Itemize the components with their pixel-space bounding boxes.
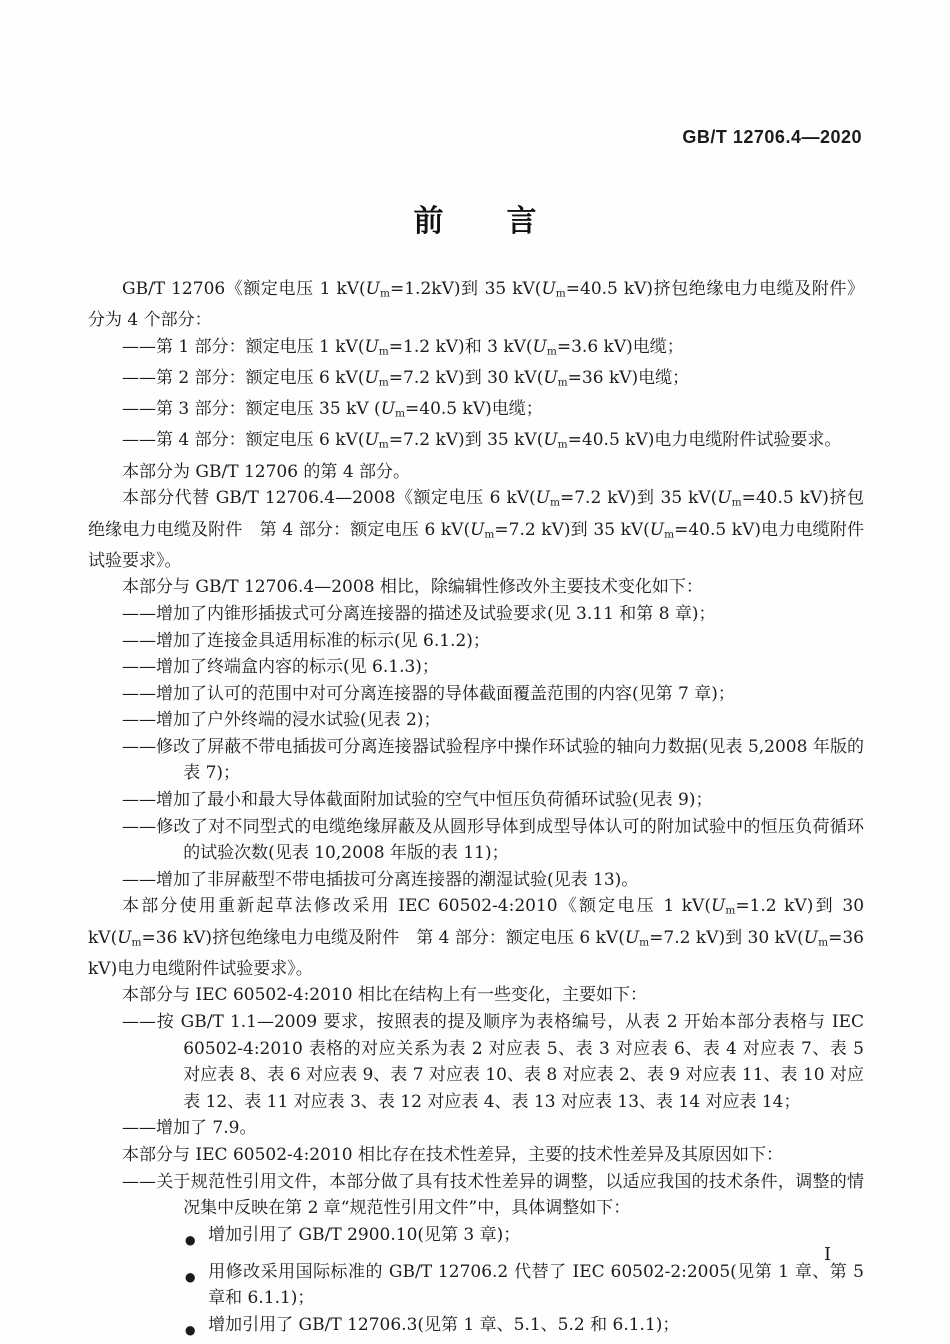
page-title-text: 前言 — [414, 196, 600, 240]
bullet-item-text: 增加引用了 GB/T 12706.3(见第 1 章、5.1、5.2 和 6.1.… — [208, 1312, 864, 1344]
paragraph: ——第 4 部分：额定电压 6 kV(Um=7.2 kV)到 35 kV(Um=… — [88, 427, 864, 458]
paragraph: ——按 GB/T 1.1—2009 要求，按照表的提及顺序为表格编号，从表 2 … — [88, 1009, 864, 1115]
page-title: 前言 — [0, 196, 950, 240]
paragraph: ——增加了非屏蔽型不带电插拔可分离连接器的潮湿试验(见表 13)。 — [88, 867, 864, 894]
paragraph: ——关于规范性引用文件，本部分做了具有技术性差异的调整，以适应我国的技术条件，调… — [88, 1169, 864, 1222]
paragraph: 本部分与 GB/T 12706.4—2008 相比，除编辑性修改外主要技术变化如… — [88, 574, 864, 601]
paragraph: ——增加了 7.9。 — [88, 1115, 864, 1142]
bullet-item: ●增加引用了 GB/T 2900.10(见第 3 章)； — [88, 1222, 864, 1259]
paragraph: ——第 1 部分：额定电压 1 kV(Um=1.2 kV)和 3 kV(Um=3… — [88, 334, 864, 365]
paragraph: GB/T 12706《额定电压 1 kV(Um=1.2kV)到 35 kV(Um… — [88, 276, 864, 334]
bullet-item: ●增加引用了 GB/T 12706.3(见第 1 章、5.1、5.2 和 6.1… — [88, 1312, 864, 1344]
paragraph: ——修改了对不同型式的电缆绝缘屏蔽及从圆形导体到成型导体认可的附加试验中的恒压负… — [88, 814, 864, 867]
paragraph: ——增加了终端盒内容的标示(见 6.1.3)； — [88, 654, 864, 681]
bullet-icon: ● — [185, 1222, 208, 1259]
document-page: GB/T 12706.4—2020 前言 GB/T 12706《额定电压 1 k… — [0, 0, 950, 1344]
bullet-item-text: 增加引用了 GB/T 2900.10(见第 3 章)； — [208, 1222, 864, 1259]
standard-number: GB/T 12706.4—2020 — [682, 127, 862, 148]
paragraph: ——增加了认可的范围中对可分离连接器的导体截面覆盖范围的内容(见第 7 章)； — [88, 681, 864, 708]
paragraph: 本部分代替 GB/T 12706.4—2008《额定电压 6 kV(Um=7.2… — [88, 485, 864, 574]
paragraph: ——增加了最小和最大导体截面附加试验的空气中恒压负荷循环试验(见表 9)； — [88, 787, 864, 814]
page-number: I — [824, 1244, 831, 1265]
paragraph: ——增加了连接金具适用标准的标示(见 6.1.2)； — [88, 628, 864, 655]
document-body: GB/T 12706《额定电压 1 kV(Um=1.2kV)到 35 kV(Um… — [88, 276, 864, 1344]
paragraph: ——增加了内锥形插拔式可分离连接器的描述及试验要求(见 3.11 和第 8 章)… — [88, 601, 864, 628]
paragraph: 本部分与 IEC 60502-4:2010 相比在结构上有一些变化，主要如下： — [88, 982, 864, 1009]
paragraph: 本部分为 GB/T 12706 的第 4 部分。 — [88, 459, 864, 486]
bullet-icon: ● — [185, 1312, 208, 1344]
paragraph: ——第 2 部分：额定电压 6 kV(Um=7.2 kV)到 30 kV(Um=… — [88, 365, 864, 396]
paragraph: 本部分与 IEC 60502-4:2010 相比存在技术性差异，主要的技术性差异… — [88, 1142, 864, 1169]
bullet-item-text: 用修改采用国际标准的 GB/T 12706.2 代替了 IEC 60502-2:… — [208, 1259, 864, 1312]
paragraph: ——第 3 部分：额定电压 35 kV (Um=40.5 kV)电缆； — [88, 396, 864, 427]
bullet-item: ●用修改采用国际标准的 GB/T 12706.2 代替了 IEC 60502-2… — [88, 1259, 864, 1312]
paragraph: ——增加了户外终端的浸水试验(见表 2)； — [88, 707, 864, 734]
paragraph: 本部分使用重新起草法修改采用 IEC 60502-4:2010《额定电压 1 k… — [88, 893, 864, 982]
paragraph: ——修改了屏蔽不带电插拔可分离连接器试验程序中操作环试验的轴向力数据(见表 5,… — [88, 734, 864, 787]
bullet-icon: ● — [185, 1259, 208, 1312]
